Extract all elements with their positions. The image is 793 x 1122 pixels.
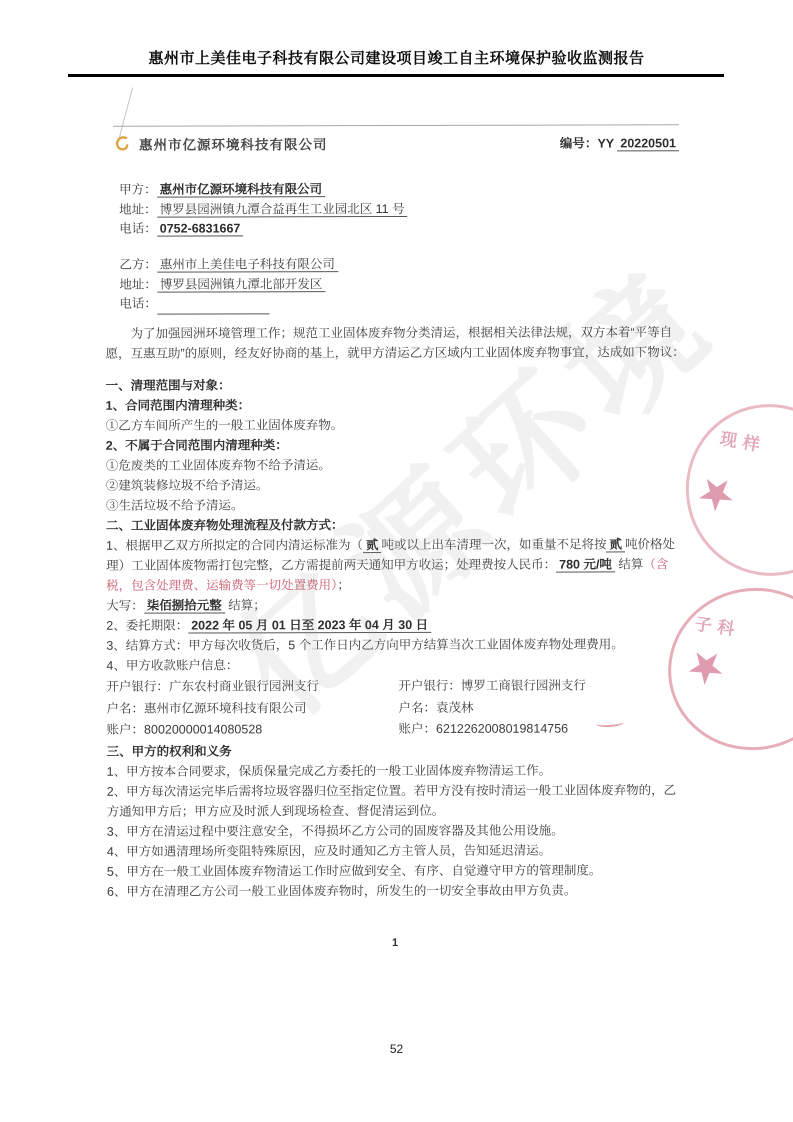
entrust-period-value: 2022 年 05 月 01 日至 2023 年 04 月 30 日 (188, 618, 431, 634)
red-seal-top-characters: 现样 (718, 424, 768, 457)
party-a-address-line: 地址：博罗县园洲镇九潭合益再生工业园北区 11 号 (119, 199, 408, 219)
section1-sub2: 2、不属于合同范围内清理种类： (106, 434, 686, 456)
letterhead-company-name: 惠州市亿源环境科技有限公司 (139, 133, 328, 153)
party-b-name-line: 乙方：惠州市上美佳电子科技有限公司 (119, 255, 338, 275)
party-b-block: 乙方：惠州市上美佳电子科技有限公司 地址：博罗县园洲镇九潭北部开发区 电话： (119, 255, 338, 314)
red-seal-top-star-icon: ★ (686, 462, 746, 526)
bank-left-account-label: 账户： (107, 723, 145, 737)
report-page-number: 52 (0, 1042, 793, 1056)
scanned-contract-sheet: 惠州市亿源环境科技有限公司 编号：YY 20220501 甲方：惠州市亿源环境科… (97, 83, 691, 975)
scan-page-number: 1 (99, 936, 691, 950)
bank-right-bank-name: 博罗工商银行园洲支行 (461, 678, 586, 692)
letterhead-rule (113, 124, 679, 126)
party-a-name-line: 甲方：惠州市亿源环境科技有限公司 (119, 180, 408, 200)
party-b-address-line: 地址：博罗县园洲镇九潭北部开发区 (119, 275, 338, 295)
amount-words-value: 柒佰捌拾元整 (144, 598, 225, 613)
s2i1-text-a: 1、根据甲乙双方所拟定的合同内清运标准为（ (106, 538, 363, 553)
party-a-address-label: 地址： (119, 202, 157, 216)
section3-item1: 1、甲方按本合同要求，保质保量完成乙方委托的一般工业固体废弃物清运工作。 (107, 760, 687, 782)
party-a-address: 博罗县园洲镇九潭合益再生工业园北区 11 号 (157, 201, 408, 217)
report-header-title: 惠州市上美佳电子科技有限公司建设项目竣工自主环境保护验收监测报告 (0, 47, 793, 68)
section1-item1: ①乙方车间所产生的一般工业固体废弃物。 (106, 414, 686, 436)
party-b-address: 博罗县园洲镇九潭北部开发区 (157, 277, 326, 292)
bank-right-account-number: 6212262008019814756 (436, 722, 568, 736)
bank-left-bank-name: 广东农村商业银行园洲支行 (169, 679, 319, 693)
bank-right-bank-label: 开户银行： (398, 679, 461, 693)
bank-right-holder-label: 户名： (398, 700, 436, 714)
party-a-block: 甲方：惠州市亿源环境科技有限公司 地址：博罗县园洲镇九潭合益再生工业园北区 11… (119, 180, 408, 239)
section2-amount-words-line: 大写：柒佰捌拾元整 结算； (106, 594, 686, 616)
section2-item4: 4、甲方收款账户信息： (106, 654, 686, 676)
section2-heading: 二、工业固体废弃物处理流程及付款方式： (106, 514, 686, 536)
letterhead: 惠州市亿源环境科技有限公司 编号：YY 20220501 (113, 132, 679, 153)
company-logo-icon (113, 134, 131, 153)
section3-item4: 4、甲方如遇清理场所变阻特殊原因，应及时通知乙方主管人员，告知延迟清运。 (107, 840, 687, 862)
section1-heading: 一、清理范围与对象： (106, 374, 686, 396)
bank-right-account-line: 账户：6212262008019814756 (398, 718, 686, 740)
contract-body: 为了加强园洲环境管理工作；规范工业固体废弃物分类清运，根据相关法律法规，双方本着… (105, 322, 687, 901)
section1-item4: ③生活垃圾不给予清运。 (106, 494, 686, 516)
section1-item3: ②建筑装修垃圾不给予清运。 (106, 474, 686, 496)
bank-account-left: 开户银行：广东农村商业银行园洲支行 户名：惠州市亿源环境科技有限公司 账户：80… (106, 676, 398, 741)
document-number-value: 20220501 (617, 136, 679, 151)
amount-words-label: 大写： (106, 599, 144, 613)
document-number: 编号：YY 20220501 (560, 133, 679, 151)
section3-item6: 6、甲方在清理乙方公司一般工业固体废弃物时，所发生的一切安全事故由甲方负责。 (107, 880, 687, 902)
bank-accounts: 开户银行：广东农村商业银行园洲支行 户名：惠州市亿源环境科技有限公司 账户：80… (106, 675, 686, 741)
bank-left-bank-line: 开户银行：广东农村商业银行园洲支行 (106, 676, 398, 698)
party-a-name: 惠州市亿源环境科技有限公司 (157, 182, 326, 197)
s2i1-price: 780 元/吨 (556, 557, 615, 572)
report-header-rule (68, 74, 724, 77)
s2i1-text-e: ； (337, 578, 350, 592)
amount-words-tail: 结算； (228, 598, 266, 612)
bank-left-account-line: 账户：80020000014080528 (106, 719, 398, 741)
section3-item3: 3、甲方在清运过程中要注意安全，不得损坏乙方公司的固废容器及其他公用设施。 (107, 820, 687, 842)
party-b-name: 惠州市上美佳电子科技有限公司 (157, 257, 338, 272)
bank-left-account-number: 80020000014080528 (144, 722, 262, 736)
section1-item2: ①危废类的工业固体废弃物不给予清运。 (106, 454, 686, 476)
party-b-phone-blank (157, 302, 269, 314)
s2i1-text-d: 结算 (618, 557, 643, 571)
bank-right-holder-line: 户名：袁茂林 (398, 697, 686, 719)
section3-item5: 5、甲方在一般工业固体废弃物清运工作时应做到安全、有序、自觉遵守甲方的管理制度。 (107, 860, 687, 882)
intro-paragraph: 为了加强园洲环境管理工作；规范工业固体废弃物分类清运，根据相关法律法规，双方本着… (105, 322, 685, 364)
document-number-prefix: YY (597, 136, 613, 150)
bank-left-holder-label: 户名： (106, 701, 144, 715)
party-a-phone: 0752-6831667 (157, 221, 244, 236)
party-b-label: 乙方： (119, 258, 157, 272)
bank-right-bank-line: 开户银行：博罗工商银行园洲支行 (398, 675, 686, 697)
document-number-label: 编号： (560, 136, 598, 150)
s2i1-text-b: 吨或以上出车清理一次，如重量不足将按 (381, 537, 606, 552)
party-a-phone-label: 电话： (119, 222, 157, 236)
party-b-phone-line: 电话： (119, 294, 338, 314)
section2-item2: 2、委托期限：2022 年 05 月 01 日至 2023 年 04 月 30 … (106, 614, 686, 636)
party-b-address-label: 地址： (119, 277, 157, 291)
bank-left-holder-name: 惠州市亿源环境科技有限公司 (144, 701, 307, 715)
section1-sub1: 1、合同范围内清理种类： (106, 394, 686, 416)
section3-heading: 三、甲方的权利和义务 (107, 740, 687, 762)
entrust-period-label: 2、委托期限： (106, 619, 188, 633)
s2i1-tons-2: 贰 (607, 537, 626, 552)
section3-item2: 2、甲方每次清运完毕后需将垃圾容器归位至指定位置。若甲方没有按时清运一般工业固体… (107, 780, 687, 822)
section2-item3: 3、结算方式：甲方每次收货后，5 个工作日内乙方向甲方结算当次工业固体废弃物处理… (106, 634, 686, 656)
section2-item1: 1、根据甲乙双方所拟定的合同内清运标准为（贰吨或以上出车清理一次，如重量不足将按… (106, 534, 686, 596)
bank-right-account-label: 账户： (399, 722, 437, 736)
party-a-label: 甲方： (119, 183, 157, 197)
bank-left-bank-label: 开户银行： (106, 680, 169, 694)
party-b-phone-label: 电话： (119, 297, 157, 311)
report-page: 惠州市上美佳电子科技有限公司建设项目竣工自主环境保护验收监测报告 惠州市亿源环境… (0, 0, 793, 1122)
party-a-phone-line: 电话：0752-6831667 (119, 219, 408, 239)
red-seal-bottom-characters: 子科 (693, 610, 742, 641)
bank-account-right: 开户银行：博罗工商银行园洲支行 户名：袁茂林 账户：62122620080198… (398, 675, 686, 740)
bank-left-holder-line: 户名：惠州市亿源环境科技有限公司 (106, 697, 398, 719)
s2i1-tons-1: 贰 (363, 538, 382, 553)
bank-right-holder-name: 袁茂林 (436, 700, 474, 714)
company-logo-stroke (117, 137, 127, 149)
